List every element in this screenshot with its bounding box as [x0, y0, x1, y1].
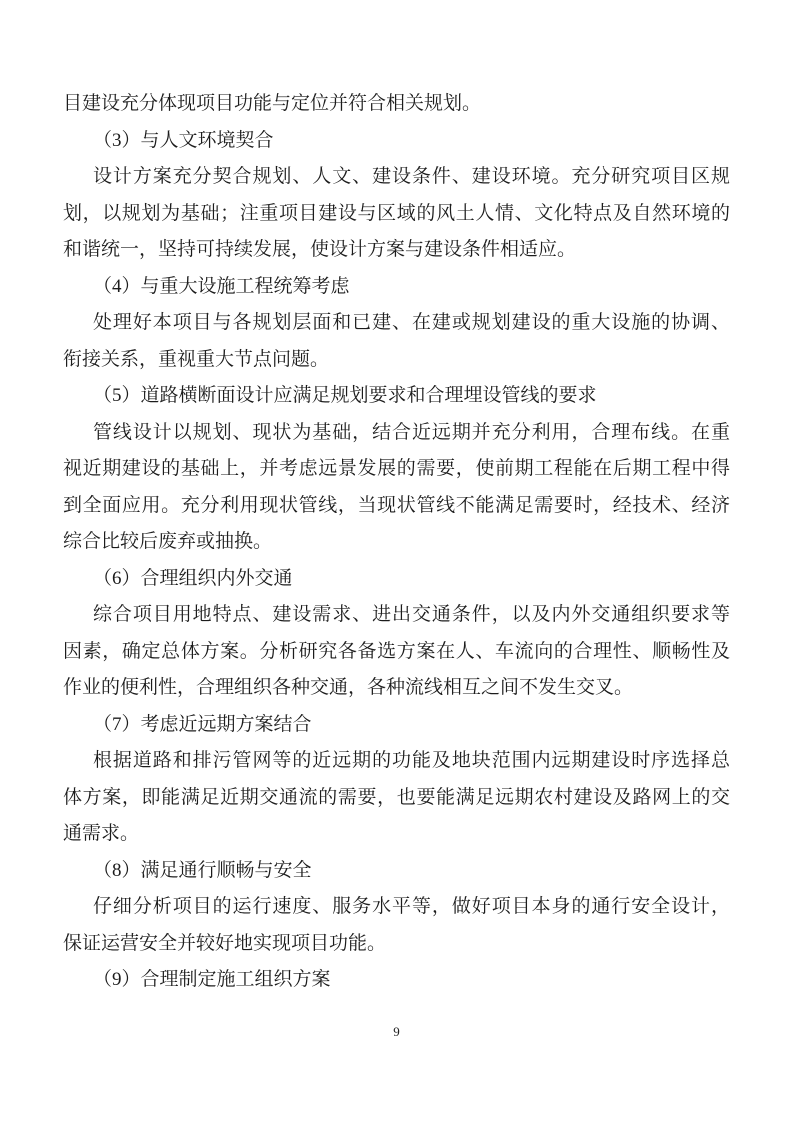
paragraph-item-7-line-2: 体方案，即能满足近期交通流的需要，也要能满足远期农村建设及路网上的交: [63, 780, 730, 817]
paragraph-item-5-line-1: 管线设计以规划、现状为基础，结合近远期并充分利用，合理布线。在重: [63, 415, 730, 452]
heading-item-4-line-1: （4）与重大设施工程统筹考虑: [63, 269, 730, 306]
document-page: 目建设充分体现项目功能与定位并符合相关规划。（3）与人文环境契合设计方案充分契合…: [0, 0, 793, 1122]
paragraph-continuation-line-1: 目建设充分体现项目功能与定位并符合相关规划。: [63, 86, 730, 123]
paragraph-item-5-line-2: 视近期建设的基础上，并考虑远景发展的需要，使前期工程能在后期工程中得: [63, 451, 730, 488]
document-body: 目建设充分体现项目功能与定位并符合相关规划。（3）与人文环境契合设计方案充分契合…: [63, 86, 730, 999]
paragraph-item-8-line-2: 保证运营安全并较好地实现项目功能。: [63, 926, 730, 963]
heading-item-7-line-1: （7）考虑近远期方案结合: [63, 707, 730, 744]
heading-item-6-line-1: （6）合理组织内外交通: [63, 561, 730, 598]
heading-item-3-line-1: （3）与人文环境契合: [63, 123, 730, 160]
heading-item-8-line-1: （8）满足通行顺畅与安全: [63, 853, 730, 890]
paragraph-item-7-line-3: 通需求。: [63, 816, 730, 853]
paragraph-item-4-line-1: 处理好本项目与各规划层面和已建、在建或规划建设的重大设施的协调、: [63, 305, 730, 342]
paragraph-item-6-line-1: 综合项目用地特点、建设需求、进出交通条件，以及内外交通组织要求等: [63, 597, 730, 634]
paragraph-item-8-line-1: 仔细分析项目的运行速度、服务水平等，做好项目本身的通行安全设计，: [63, 889, 730, 926]
paragraph-item-4-line-2: 衔接关系，重视重大节点问题。: [63, 342, 730, 379]
paragraph-item-7-line-1: 根据道路和排污管网等的近远期的功能及地块范围内远期建设时序选择总: [63, 743, 730, 780]
heading-item-5-line-1: （5）道路横断面设计应满足规划要求和合理埋设管线的要求: [63, 378, 730, 415]
paragraph-item-3-line-3: 和谐统一，坚持可持续发展，使设计方案与建设条件相适应。: [63, 232, 730, 269]
paragraph-item-6-line-2: 因素，确定总体方案。分析研究各备选方案在人、车流向的合理性、顺畅性及: [63, 634, 730, 671]
paragraph-item-5-line-4: 综合比较后废弃或抽换。: [63, 524, 730, 561]
page-number: 9: [393, 1024, 400, 1039]
page-footer: 9: [0, 1022, 793, 1042]
heading-item-9-line-1: （9）合理制定施工组织方案: [63, 962, 730, 999]
paragraph-item-3-line-1: 设计方案充分契合规划、人文、建设条件、建设环境。充分研究项目区规: [63, 159, 730, 196]
paragraph-item-6-line-3: 作业的便利性，合理组织各种交通，各种流线相互之间不发生交叉。: [63, 670, 730, 707]
paragraph-item-5-line-3: 到全面应用。充分利用现状管线，当现状管线不能满足需要时，经技术、经济: [63, 488, 730, 525]
paragraph-item-3-line-2: 划，以规划为基础；注重项目建设与区域的风土人情、文化特点及自然环境的: [63, 196, 730, 233]
